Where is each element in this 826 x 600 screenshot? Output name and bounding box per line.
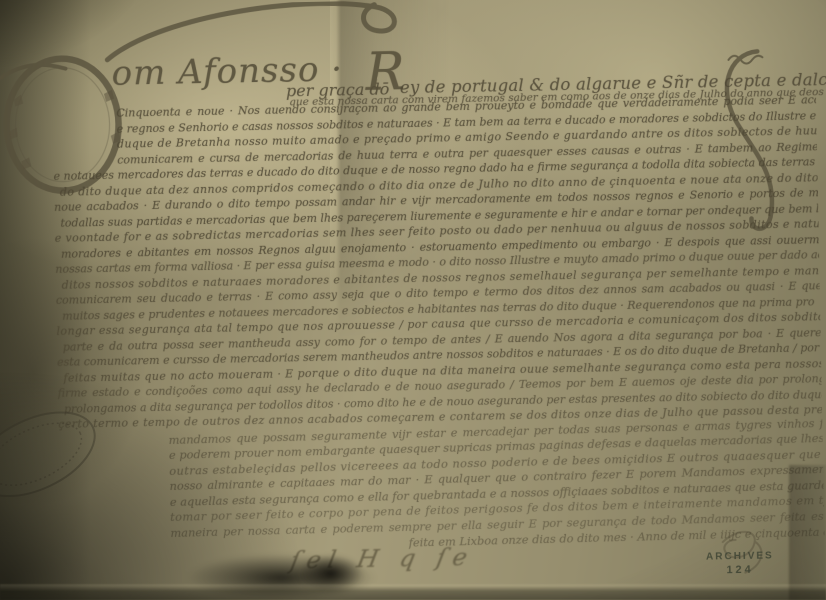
manuscript-photo: D om Afonsso · per graça dō R ey de port… xyxy=(0,0,826,600)
parchment-right-edge xyxy=(789,465,826,600)
parchment-bottom-edge xyxy=(0,584,826,600)
top-left-shadow xyxy=(0,0,826,600)
